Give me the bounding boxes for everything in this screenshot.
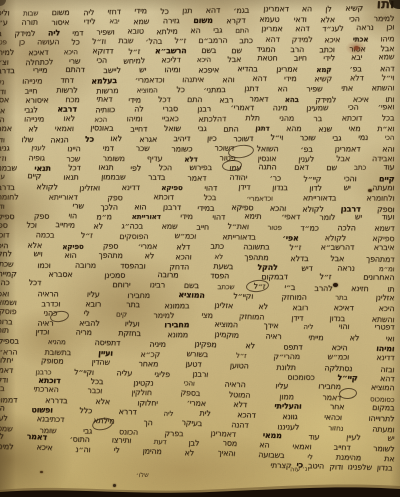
word: אסור	[0, 95, 9, 104]
word: קיים	[27, 171, 42, 180]
manuscript-page: ותוקשיאלןהאדאמרינןבגמ׳דהאתנןכלמידידחזילי…	[0, 0, 400, 497]
word: וי״ל	[270, 133, 284, 142]
word: פטור	[0, 37, 7, 46]
word: המוציא	[370, 383, 394, 392]
ink-blot	[333, 283, 338, 287]
word: ע״ש	[0, 18, 8, 27]
word: בכמה	[35, 230, 54, 239]
word: אתי	[341, 83, 353, 92]
word: חיוב	[294, 54, 308, 63]
word: יבא	[109, 16, 120, 25]
word: באונסין	[90, 123, 114, 132]
word: דפטרי	[374, 323, 395, 332]
catchword: ונ׳ עוה	[290, 465, 310, 474]
word: והשתא	[371, 83, 394, 92]
ink-blot	[40, 471, 43, 473]
word: לעיין	[346, 432, 361, 441]
word: הא	[277, 84, 288, 93]
word: יש	[387, 433, 395, 442]
word: היכא	[378, 304, 395, 313]
word: וכמ״ש	[327, 352, 349, 361]
word: עוד	[383, 163, 395, 172]
word: לענין	[31, 143, 46, 152]
ink-blot	[354, 46, 359, 50]
word: שרי	[72, 201, 84, 210]
word: שמא	[378, 52, 394, 61]
word: יש	[354, 213, 362, 222]
word: מיירי	[33, 66, 48, 75]
word: ע״כ	[0, 172, 5, 181]
text-block: ותוקשיאלןהאדאמרינןבגמ׳דהאתנןכלמידידחזילי…	[0, 0, 394, 480]
word: נראה	[356, 23, 374, 32]
word: התנה	[258, 162, 277, 171]
word: יבא	[351, 53, 363, 62]
word: קצרתי	[270, 461, 292, 470]
word: הכי	[384, 133, 394, 142]
word: כתב	[354, 163, 367, 172]
ink-blot	[368, 189, 372, 192]
word: כתב	[210, 241, 224, 250]
word: והוי	[338, 322, 349, 331]
word: איברא	[373, 243, 394, 252]
word: גניבה	[0, 143, 10, 152]
word: דכל	[28, 278, 41, 287]
word: אמרינן	[261, 24, 283, 33]
word: כה״ג	[0, 278, 10, 287]
word: בדאורייתא	[302, 193, 336, 202]
word: האחרונים	[363, 273, 395, 282]
word: ז״ל	[319, 272, 332, 281]
word: דהרשב״א	[320, 242, 354, 251]
word: שוכר	[299, 133, 315, 142]
word: שלפנינו	[347, 462, 372, 472]
word: ועוד	[381, 213, 395, 222]
word: דתנן	[244, 84, 259, 93]
page-bottom-edge	[0, 481, 400, 497]
word: דאיכא	[333, 303, 354, 312]
word: ויש	[33, 249, 43, 258]
word: היטב	[308, 461, 325, 470]
word: לעיל	[0, 413, 8, 422]
word: וכן	[386, 22, 394, 31]
word: דאם	[294, 163, 309, 172]
word: נמי	[358, 133, 368, 142]
word: חטאת	[257, 54, 278, 63]
word: לחלק	[0, 249, 12, 258]
word: דכתיבנא	[36, 414, 64, 424]
catchword: שלו׳	[136, 471, 149, 479]
word: בנדון	[376, 463, 392, 472]
word: ואמאי	[54, 124, 74, 133]
word: ולחומרא	[366, 193, 395, 202]
word: פוסקים	[0, 306, 17, 316]
word: גבי	[332, 133, 342, 142]
word: ודוק	[329, 462, 343, 471]
word: דהתם	[65, 65, 85, 74]
word: בזה	[0, 384, 5, 393]
word: תורה	[21, 18, 38, 27]
word: אמרי׳	[0, 124, 12, 133]
word: דהא	[295, 24, 310, 33]
word: דדינא	[376, 353, 395, 362]
word: ואפי׳	[377, 103, 394, 112]
word: שבת	[118, 36, 134, 45]
